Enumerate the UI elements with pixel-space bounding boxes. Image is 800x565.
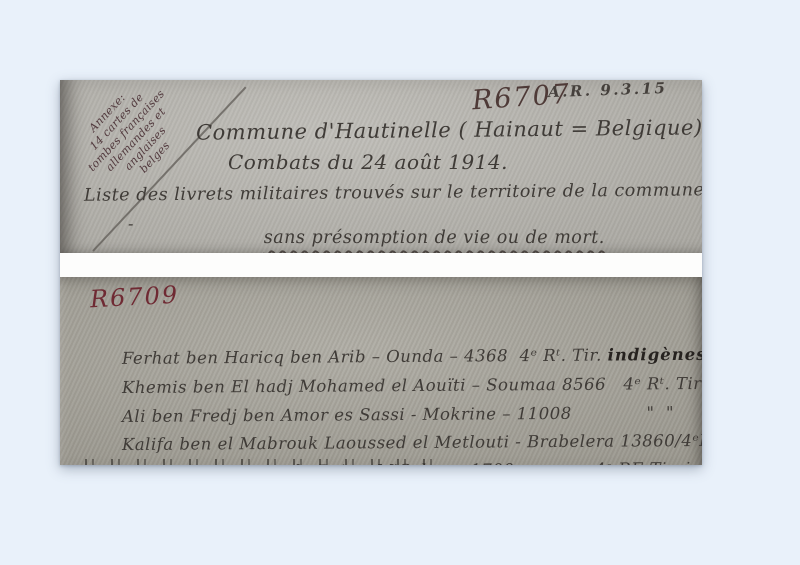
- list-title-line2: sans présomption de vie ou de mort.: [200, 208, 620, 253]
- reference-number-r6709: R6709: [89, 281, 179, 314]
- top-fragment: Annexe: 14 cartes de tombes françaises a…: [60, 80, 702, 253]
- list-title-line1: Liste des livrets militaires trouvés sur…: [84, 180, 702, 205]
- commune-heading: Commune d'Hautinelle ( Hainaut = Belgiqu…: [196, 115, 702, 144]
- combat-date-line: Combats du 24 août 1914.: [228, 150, 508, 174]
- margin-dash: -: [128, 214, 134, 233]
- scan-background: Annexe: 14 cartes de tombes françaises a…: [0, 0, 800, 565]
- document-scan: Annexe: 14 cartes de tombes françaises a…: [60, 80, 702, 465]
- scan-gap-band: [60, 253, 702, 277]
- cutoff-line-letter-tops: [78, 459, 438, 465]
- wavy-underlined-text: sans présomption de vie ou de mort.: [264, 228, 605, 248]
- date-annotation: A.R. 9.3.15: [548, 80, 668, 101]
- bottom-fragment: R6709 Ferhat ben Haricq ben Arib – Ounda…: [60, 277, 702, 465]
